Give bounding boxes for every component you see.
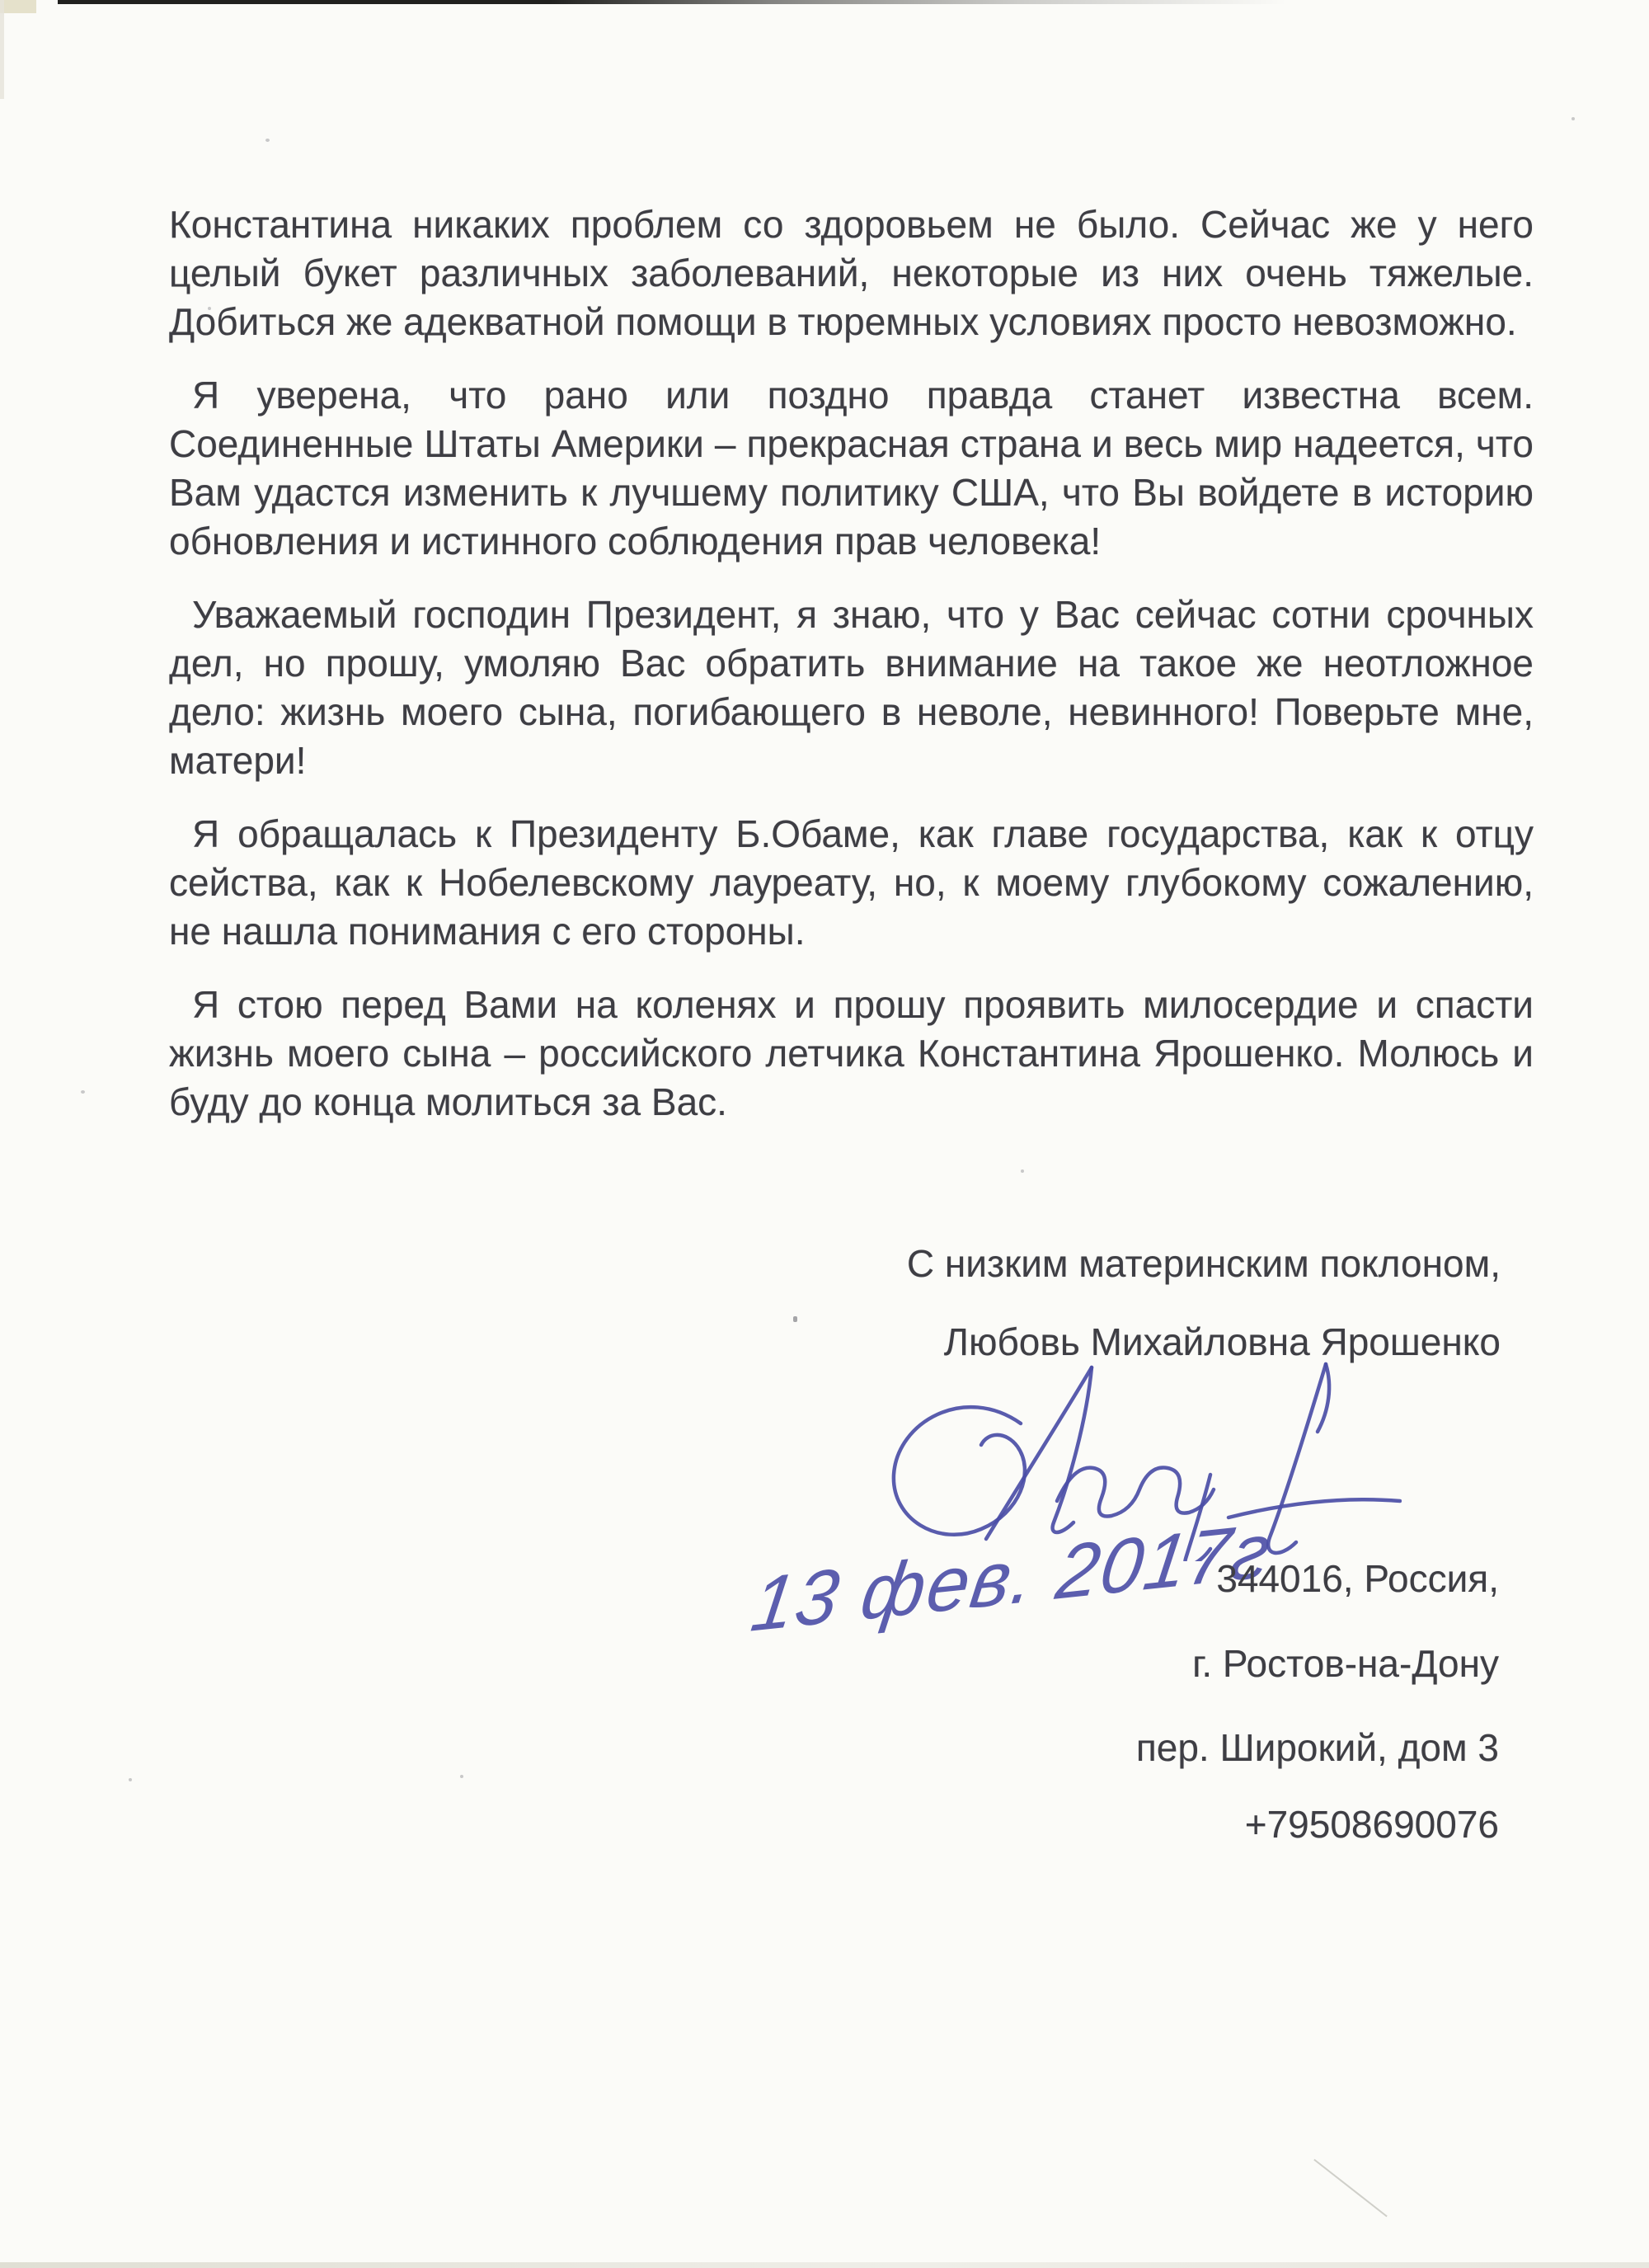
scan-speck: [81, 1090, 85, 1094]
scan-artifact-corner-patch: [0, 0, 36, 13]
scan-speck: [129, 1778, 132, 1781]
scan-speck: [793, 1316, 797, 1322]
letter-paragraph-1: Константина никаких проблем со здоровьем…: [169, 200, 1534, 346]
phone-number: +79508690076: [1245, 1800, 1499, 1849]
scan-speck: [265, 139, 270, 142]
scan-artifact-bottom-edge: [0, 2262, 1649, 2268]
scan-speck: [460, 1775, 463, 1778]
letter-paragraph-4: Я обращалась к Президенту Б.Обаме, как г…: [169, 810, 1534, 956]
scanned-letter-page: Константина никаких проблем со здоровьем…: [0, 0, 1649, 2268]
address-city: г. Ростов-на-Дону: [1192, 1640, 1499, 1688]
closing-salutation: С низким материнским поклоном,: [907, 1240, 1501, 1288]
scan-speck: [1571, 117, 1575, 120]
scan-artifact-left-edge: [0, 0, 4, 99]
scan-speck: [1021, 1169, 1024, 1173]
letter-paragraph-5: Я стою перед Вами на коленях и прошу про…: [169, 981, 1534, 1127]
address-postal-country: 344016, Россия,: [1216, 1555, 1499, 1603]
letter-paragraph-2: Я уверена, что рано или поздно правда ст…: [169, 371, 1534, 566]
address-street: пер. Широкий, дом 3: [1136, 1724, 1499, 1772]
letter-body: Константина никаких проблем со здоровьем…: [169, 200, 1534, 1151]
scan-artifact-scratch: [1313, 2159, 1387, 2218]
scan-artifact-top-edge: [58, 0, 1286, 4]
letter-paragraph-3: Уважаемый господин Президент, я знаю, чт…: [169, 591, 1534, 785]
